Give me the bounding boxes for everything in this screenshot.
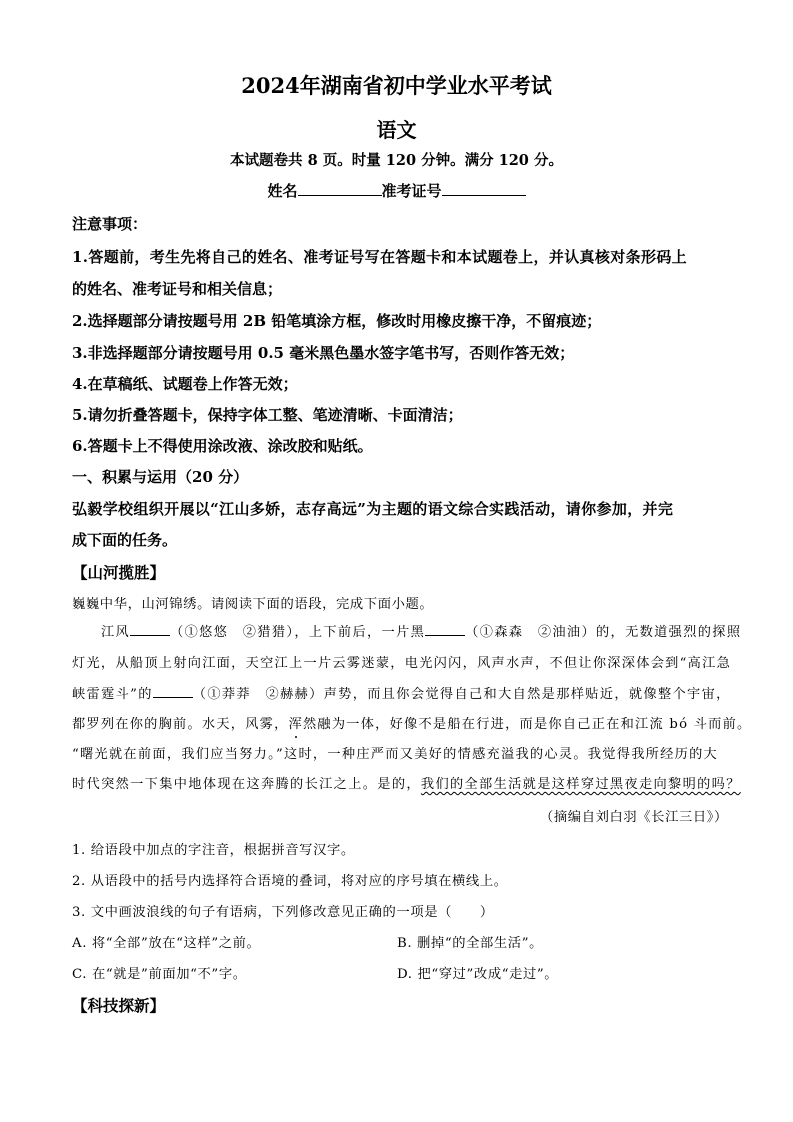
dotted-character: 浑: [289, 713, 303, 732]
question-3: 3. 文中画波浪线的句子有语病，下列修改意见正确的一项是（ ）: [72, 901, 494, 920]
task-title-keji: 【科技探新】: [72, 994, 165, 1016]
notice-item-2: 2.选择题部分请按题号用 2B 铅笔填涂方框，修改时用橡皮擦干净，不留痕迹；: [72, 310, 601, 331]
section-intro-2: 成下面的任务。: [72, 529, 177, 550]
exam-page: 2024年湖南省初中学业水平考试 语文 本试题卷共 8 页。时量 120 分钟。…: [0, 0, 793, 1122]
option-b[interactable]: B. 删掉“的全部生活”。: [397, 932, 543, 951]
passage-line-4: 都罗列在你的胸前。水天，风雾，浑然融为一体，好像不是船在行进，而是你自己正在和江…: [72, 713, 751, 732]
task-lead: 巍巍中华，山河锦绣。请阅读下面的语段，完成下面小题。: [72, 593, 433, 612]
notice-item-3: 3.非选择题部分请按题号用 0.5 毫米黑色墨水签字笔书写，否则作答无效；: [72, 342, 574, 363]
passage-line-2: 灯光，从船顶上射向江面，天空江上一片云雾迷蒙，电光闪闪，风声水声，不但让你深深体…: [72, 652, 731, 671]
passage-line-3: 峡雷霆斗”的（①莽莽 ②赫赫）声势，而且你会觉得自己和大自然是那样贴近，就像整个…: [72, 683, 731, 702]
section-intro-1: 弘毅学校组织开展以“江山多娇，志存高远”为主题的语文综合实践活动，请你参加，并完: [72, 498, 673, 519]
exam-title: 2024年湖南省初中学业水平考试: [0, 70, 793, 100]
question-1: 1. 给语段中加点的字注音，根据拼音写汉字。: [72, 839, 355, 858]
option-c[interactable]: C. 在“就是”前面加“不”字。: [72, 963, 247, 982]
notice-item-1b: 的姓名、准考证号和相关信息；: [72, 278, 282, 299]
notice-heading: 注意事项：: [72, 213, 147, 234]
answer-blank-3[interactable]: [153, 685, 193, 698]
answer-blank-1[interactable]: [130, 623, 170, 636]
option-d[interactable]: D. 把“穿过”改成“走过”。: [397, 963, 558, 982]
wavy-underlined-sentence: 我们的全部生活就是这样穿过黑夜走向黎明的吗？: [421, 777, 741, 792]
name-label: 姓名: [267, 182, 297, 200]
passage-line-5: “曙光就在前面，我们应当努力。”这时，一种庄严而又美好的情感充溢我的心灵。我觉得…: [72, 743, 718, 762]
section-heading: 一、积累与运用（20 分）: [72, 466, 248, 487]
notice-item-1a: 1.答题前，考生先将自己的姓名、准考证号写在答题卡和本试题卷上，并认真核对条形码…: [72, 246, 687, 267]
id-label: 准考证号: [382, 182, 442, 200]
notice-item-5: 5.请勿折叠答题卡，保持字体工整、笔迹清晰、卡面清洁；: [72, 404, 463, 425]
name-blank[interactable]: [298, 181, 382, 196]
notice-item-6: 6.答题卡上不得使用涂改液、涂改胶和贴纸。: [72, 435, 373, 456]
answer-blank-2[interactable]: [425, 623, 465, 636]
candidate-fields: 姓名准考证号: [0, 180, 793, 201]
passage-line-1: 江风（①悠悠 ②猎猎），上下前后，一片黑（①森森 ②油油）的，无数道强烈的探照: [101, 621, 741, 640]
id-blank[interactable]: [442, 181, 526, 196]
question-2: 2. 从语段中的括号内选择符合语境的叠词，将对应的序号填在横线上。: [72, 870, 508, 889]
passage-line-6: 时代突然一下集中地体现在这奔腾的长江之上。是的，我们的全部生活就是这样穿过黑夜走…: [72, 773, 741, 792]
exam-info: 本试题卷共 8 页。时量 120 分钟。满分 120 分。: [0, 149, 793, 170]
subject-title: 语文: [0, 114, 793, 143]
option-a[interactable]: A. 将“全部”放在“这样”之前。: [72, 932, 260, 951]
task-title-shanhe: 【山河揽胜】: [72, 561, 165, 583]
notice-item-4: 4.在草稿纸、试题卷上作答无效；: [72, 373, 298, 394]
passage-source: （摘编自刘白羽《长江三日》）: [540, 806, 728, 825]
